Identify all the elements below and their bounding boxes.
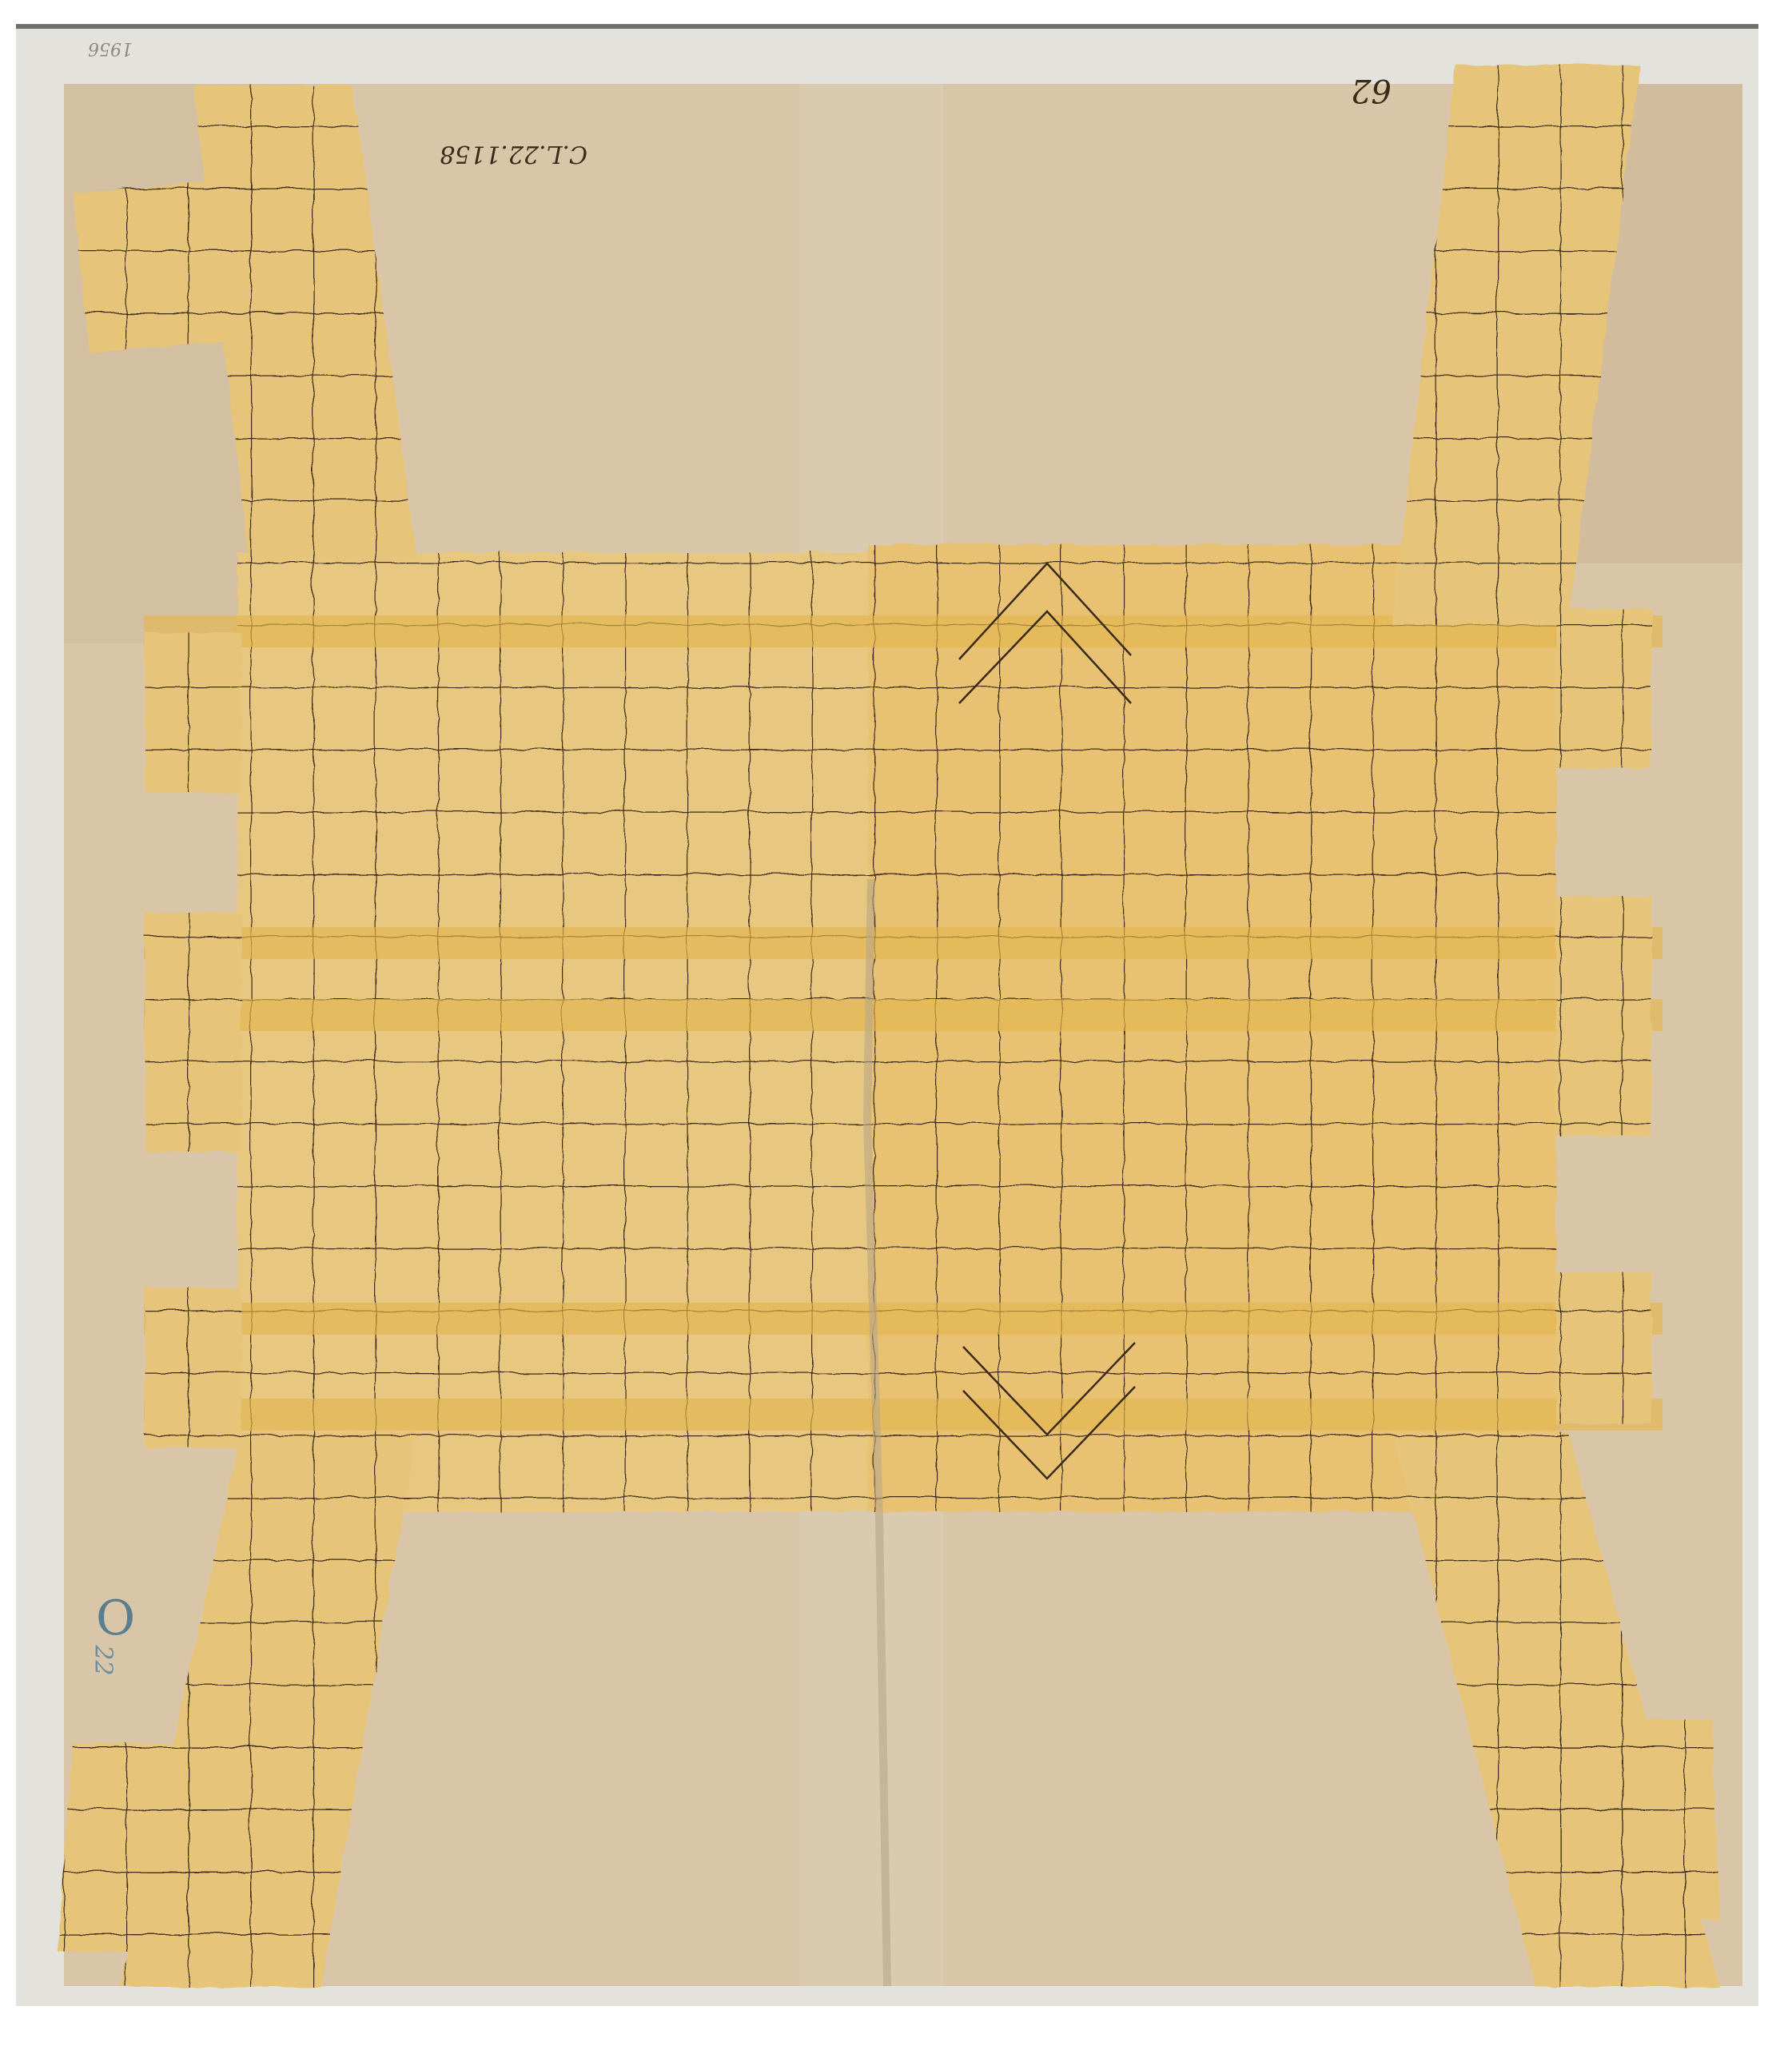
pencil-number: 1956 [88,38,133,58]
catalog-mark: C.L.22.1158 [440,140,587,168]
blue-number-mark: 22 [90,1645,117,1675]
blue-letter-mark: O [96,1590,135,1646]
folio-number: 62 [1351,72,1392,109]
plan-drawing [0,0,1792,2054]
